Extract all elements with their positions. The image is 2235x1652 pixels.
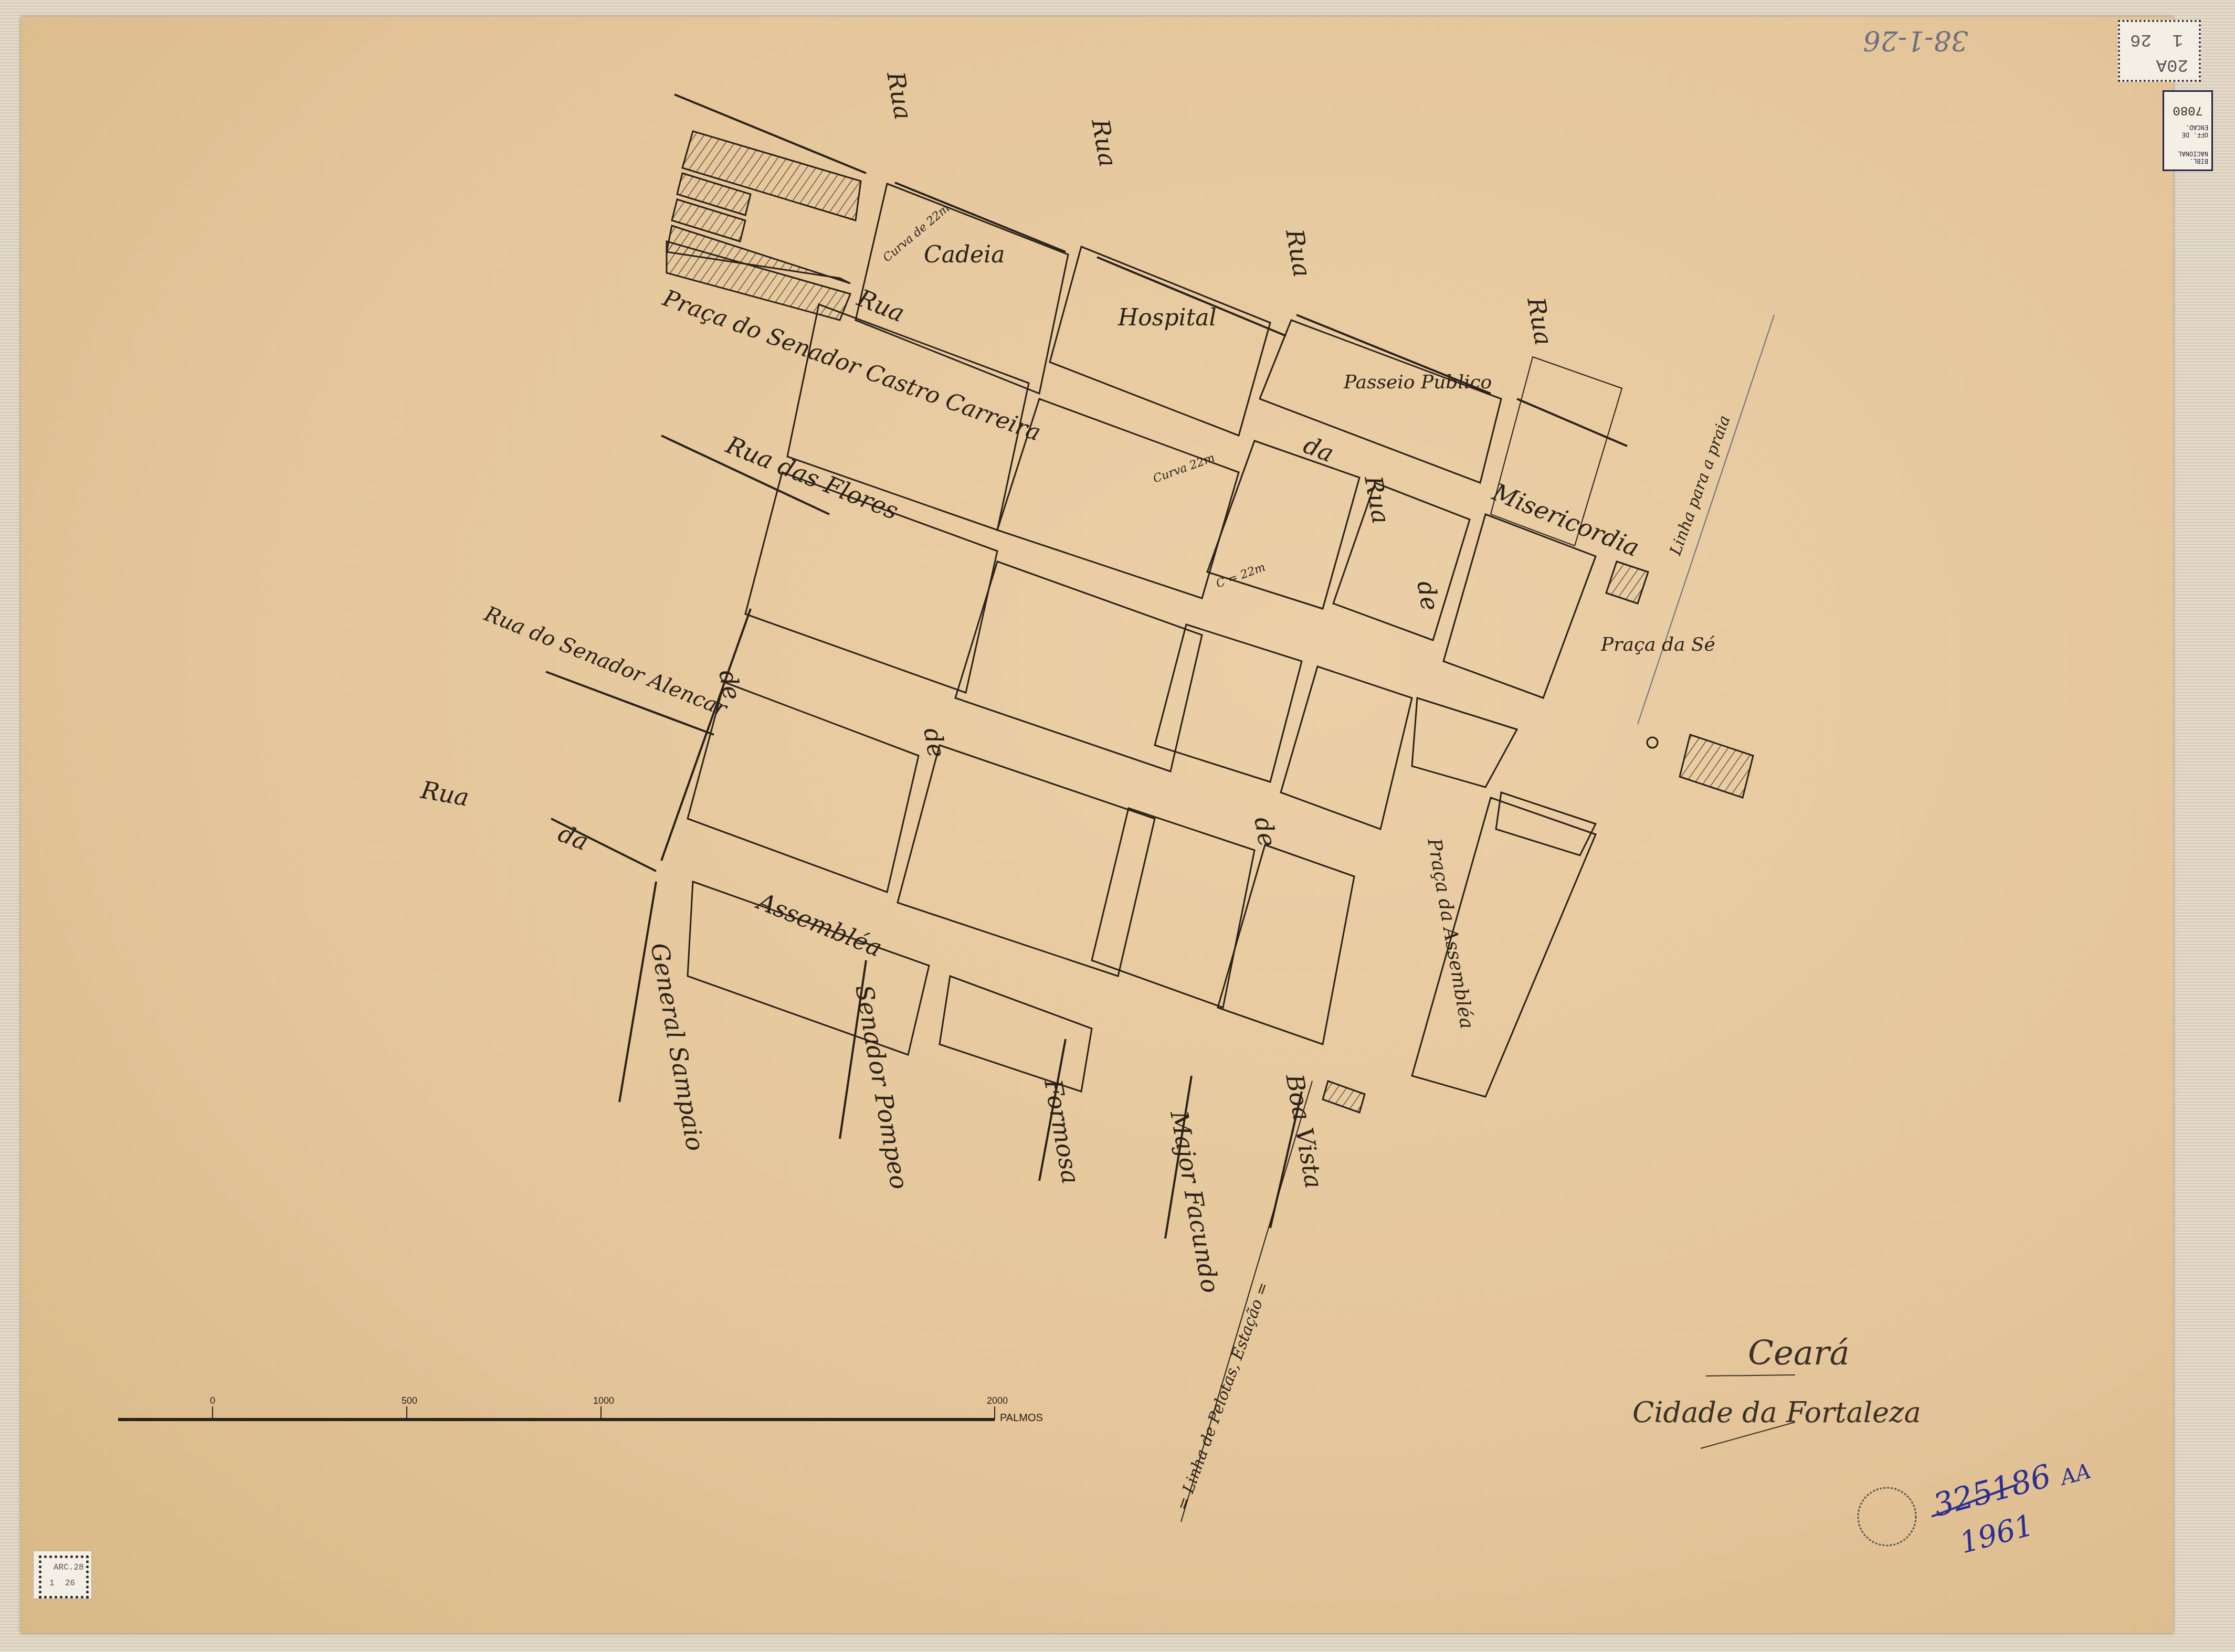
place-label-cadeia: Cadeia (924, 241, 1005, 268)
street-label-senador-alencar: Rua do Senador Alencar (480, 601, 731, 722)
shelf-label-code: 20A (2156, 55, 2188, 75)
street-label: Rua (1280, 227, 1316, 280)
street-label: Rua (1359, 473, 1395, 526)
scale-tick: 0 (210, 1395, 215, 1406)
place-label-linha-estacao: = Linha de Pelotas, Estação = (1173, 1279, 1273, 1512)
street-label-major-facundo: Major Facundo (1165, 1108, 1225, 1295)
binding-label: BIBL. NACIONAL OFF. DE ENCAD. 7080 (2163, 90, 2213, 171)
street-label: de (1249, 815, 1282, 849)
place-label-hospital: Hospital (1117, 304, 1217, 331)
place-labels: Praça do Senador Castro Carreira Cadeia … (659, 202, 1734, 1513)
arc-label-num: 26 (65, 1579, 75, 1588)
title-city: Cidade da Fortaleza (1632, 1396, 1921, 1429)
accession-suffix: AA (2056, 1459, 2094, 1490)
scale-tick: 2000 (987, 1395, 1008, 1406)
shelf-label-num: 26 (2130, 29, 2152, 49)
street-plan: Rua Rua Rua Rua Rua da Misericordia Rua … (0, 0, 2235, 1652)
arc-label: ARC.28 1 26 (33, 1551, 92, 1599)
place-label-passeio-publico: Passeio Publico (1343, 372, 1492, 393)
street-label: Rua (881, 69, 918, 122)
street-label: Rua (1522, 295, 1558, 348)
place-label-praca-castro-carreira: Praça do Senador Castro Carreira (659, 284, 1044, 447)
binding-label-line: OFF. DE ENCAD. (2164, 123, 2208, 138)
accession-mark: 325186 AA 1961 (1858, 1458, 2093, 1561)
street-label-formosa: Formosa (1039, 1077, 1085, 1187)
place-label-c22: C = 22m (1215, 561, 1268, 591)
street-label: Rua (1086, 117, 1122, 170)
place-label-praca-se: Praça da Sé (1600, 634, 1715, 655)
street-label: Assembléa (752, 886, 886, 962)
title-state: Ceará (1748, 1334, 1850, 1373)
arc-label-num: 1 (49, 1579, 55, 1588)
place-label-curva: Curva 22m (1152, 451, 1217, 486)
shelf-label-num: 1 (2173, 29, 2183, 49)
street-label: de (713, 668, 746, 702)
hatched-buildings (667, 131, 1753, 1113)
street-label-general-sampaio: General Sampaio (645, 941, 710, 1153)
accession-number: 325186 (1930, 1458, 2055, 1524)
scale-tick: 500 (402, 1395, 417, 1406)
binding-label-number: 7080 (2173, 103, 2203, 117)
street-label: Rua (418, 775, 471, 811)
arc-label-code: ARC.28 (54, 1563, 84, 1572)
street-label: da (554, 819, 593, 856)
pencil-number: 38-1-26 (1863, 25, 1968, 56)
scale-tick: 1000 (593, 1395, 614, 1406)
street-label: Misericordia (1488, 478, 1643, 562)
shelf-label-top: 20A 1 26 (2118, 20, 2201, 82)
title-block: Ceará Cidade da Fortaleza (1632, 1334, 1921, 1448)
arc-label-border (39, 1555, 89, 1598)
street-labels: Rua Rua Rua Rua Rua da Misericordia Rua … (418, 69, 1643, 1295)
street-label-senador-pompeo: Senador Pompeo (850, 983, 914, 1192)
scale-unit: PALMOS (1000, 1412, 1043, 1424)
scale-bar: 0 500 1000 2000 PALMOS (118, 1395, 1043, 1424)
place-label-praca-assembleia: Praça da Assembléa (1423, 836, 1478, 1030)
street-label: de (918, 726, 951, 760)
street-label-boa-vista: Boa Vista (1280, 1072, 1329, 1191)
binding-label-line: BIBL. NACIONAL (2164, 150, 2208, 164)
street-label: de (1411, 579, 1445, 613)
map-frame: Rua Rua Rua Rua Rua da Misericordia Rua … (0, 0, 2235, 1652)
street-label: da (1300, 430, 1338, 468)
